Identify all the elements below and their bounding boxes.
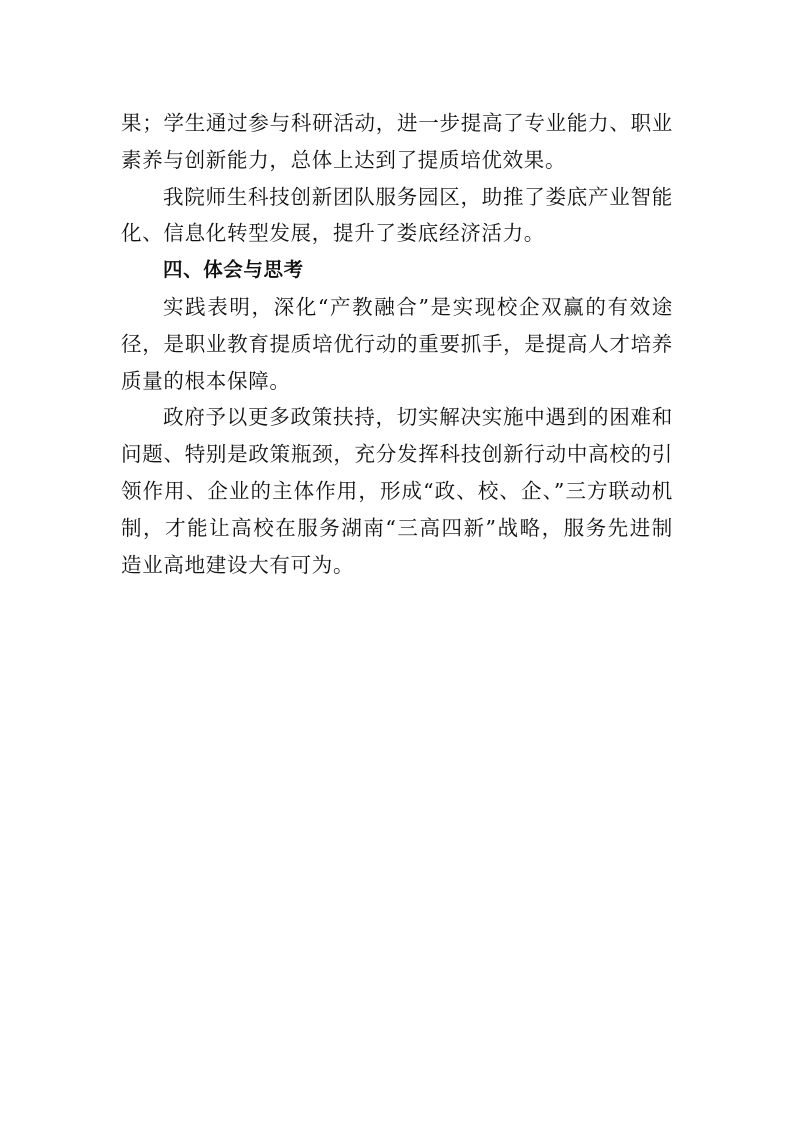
paragraph-park-service: 我院师生科技创新团队服务园区，助推了娄底产业智能化、信息化转型发展，提升了娄底经… [121,179,673,253]
paragraph-continuation: 果；学生通过参与科研活动，进一步提高了专业能力、职业素养与创新能力，总体上达到了… [121,105,673,179]
section-heading-reflections: 四、体会与思考 [121,252,673,289]
document-page: 果；学生通过参与科研活动，进一步提高了专业能力、职业素养与创新能力，总体上达到了… [121,105,673,583]
paragraph-government-support: 政府予以更多政策扶持，切实解决实施中遇到的困难和问题、特别是政策瓶颈，充分发挥科… [121,399,673,583]
paragraph-practice-shows: 实践表明，深化“产教融合”是实现校企双赢的有效途径，是职业教育提质培优行动的重要… [121,289,673,399]
